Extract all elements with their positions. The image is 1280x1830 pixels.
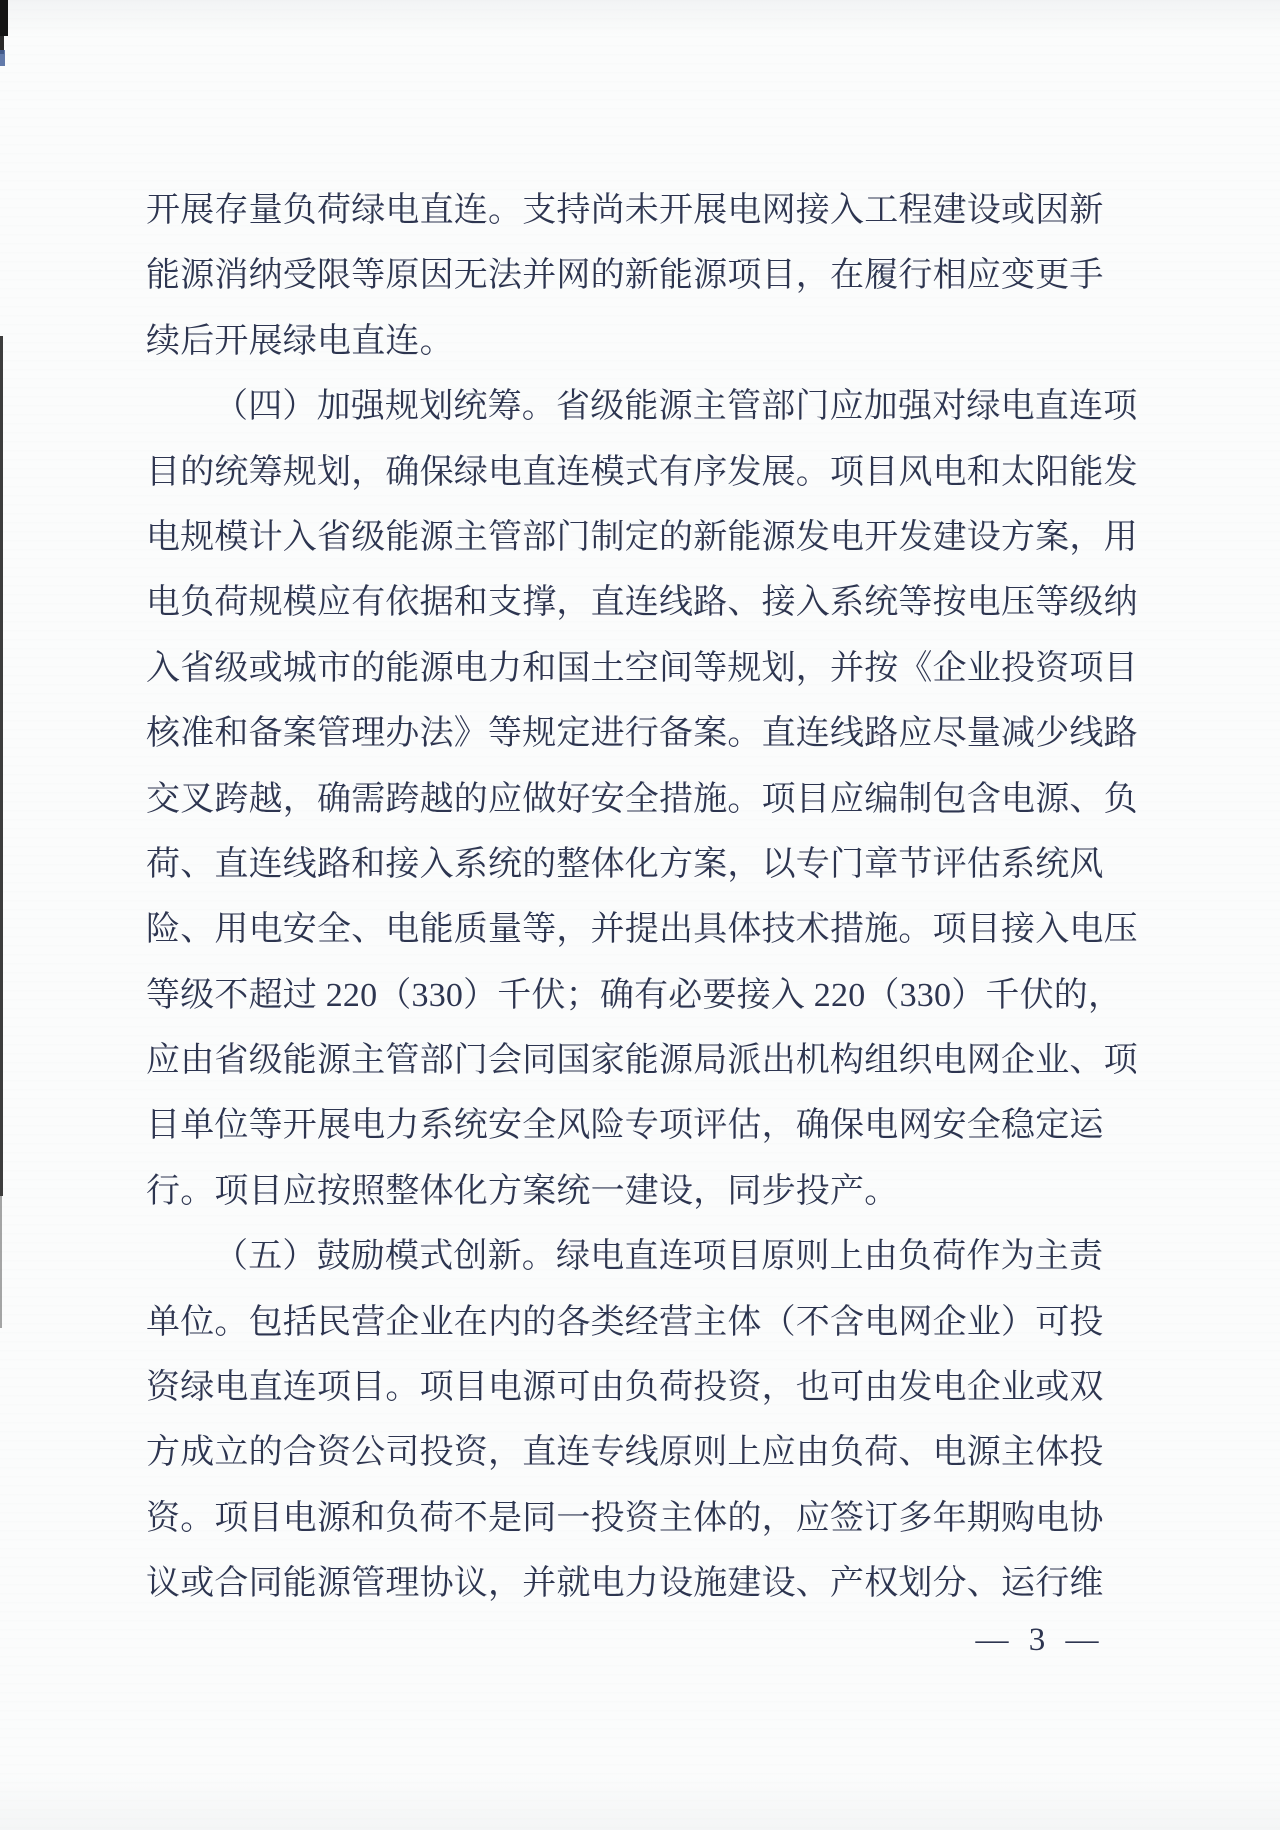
text-line: 等级不超过 220（330）千伏；确有必要接入 220（330）千伏的，: [146, 963, 1096, 1028]
text-line: 能源消纳受限等原因无法并网的新能源项目，在履行相应变更手: [146, 243, 1096, 308]
scan-artifact-edge-line: [0, 336, 3, 1196]
text-line: 电负荷规模应有依据和支撑，直连线路、接入系统等按电压等级纳: [146, 570, 1096, 635]
text-line: 资绿电直连项目。项目电源可由负荷投资，也可由发电企业或双: [146, 1355, 1096, 1420]
text-line: 方成立的合资公司投资，直连专线原则上应由负荷、电源主体投: [146, 1420, 1096, 1485]
text-line: 目单位等开展电力系统安全风险专项评估，确保电网安全稳定运: [146, 1093, 1096, 1158]
text-line: 议或合同能源管理协议，并就电力设施建设、产权划分、运行维: [146, 1551, 1096, 1616]
text-line: 资。项目电源和负荷不是同一投资主体的，应签订多年期购电协: [146, 1486, 1096, 1551]
text-line: 单位。包括民营企业在内的各类经营主体（不含电网企业）可投: [146, 1290, 1096, 1355]
text-line: 应由省级能源主管部门会同国家能源局派出机构组织电网企业、项: [146, 1028, 1096, 1093]
text-line: 行。项目应按照整体化方案统一建设，同步投产。: [146, 1159, 1096, 1224]
text-line: 险、用电安全、电能质量等，并提出具体技术措施。项目接入电压: [146, 897, 1096, 962]
text-line: 电规模计入省级能源主管部门制定的新能源发电开发建设方案，用: [146, 505, 1096, 570]
text-line-section-4-heading: （四）加强规划统筹。省级能源主管部门应加强对绿电直连项: [146, 374, 1096, 439]
text-line: 入省级或城市的能源电力和国土空间等规划，并按《企业投资项目: [146, 636, 1096, 701]
text-line: 荷、直连线路和接入系统的整体化方案，以专门章节评估系统风: [146, 832, 1096, 897]
scan-artifact-corner: [0, 0, 8, 36]
scan-artifact-dot: [0, 50, 5, 66]
page-number: — 3 —: [940, 1622, 1140, 1659]
scanned-document-page: 开展存量负荷绿电直连。支持尚未开展电网接入工程建设或因新 能源消纳受限等原因无法…: [0, 0, 1280, 1830]
text-line-section-5-heading: （五）鼓励模式创新。绿电直连项目原则上由负荷作为主责: [146, 1224, 1096, 1289]
scan-artifact-edge-line-fade: [0, 1196, 2, 1328]
text-line: 开展存量负荷绿电直连。支持尚未开展电网接入工程建设或因新: [146, 178, 1096, 243]
text-line: 续后开展绿电直连。: [146, 309, 1096, 374]
text-line: 交叉跨越，确需跨越的应做好安全措施。项目应编制包含电源、负: [146, 767, 1096, 832]
document-body-text: 开展存量负荷绿电直连。支持尚未开展电网接入工程建设或因新 能源消纳受限等原因无法…: [146, 178, 1096, 1617]
text-line: 核准和备案管理办法》等规定进行备案。直连线路应尽量减少线路: [146, 701, 1096, 766]
text-line: 目的统筹规划，确保绿电直连模式有序发展。项目风电和太阳能发: [146, 440, 1096, 505]
